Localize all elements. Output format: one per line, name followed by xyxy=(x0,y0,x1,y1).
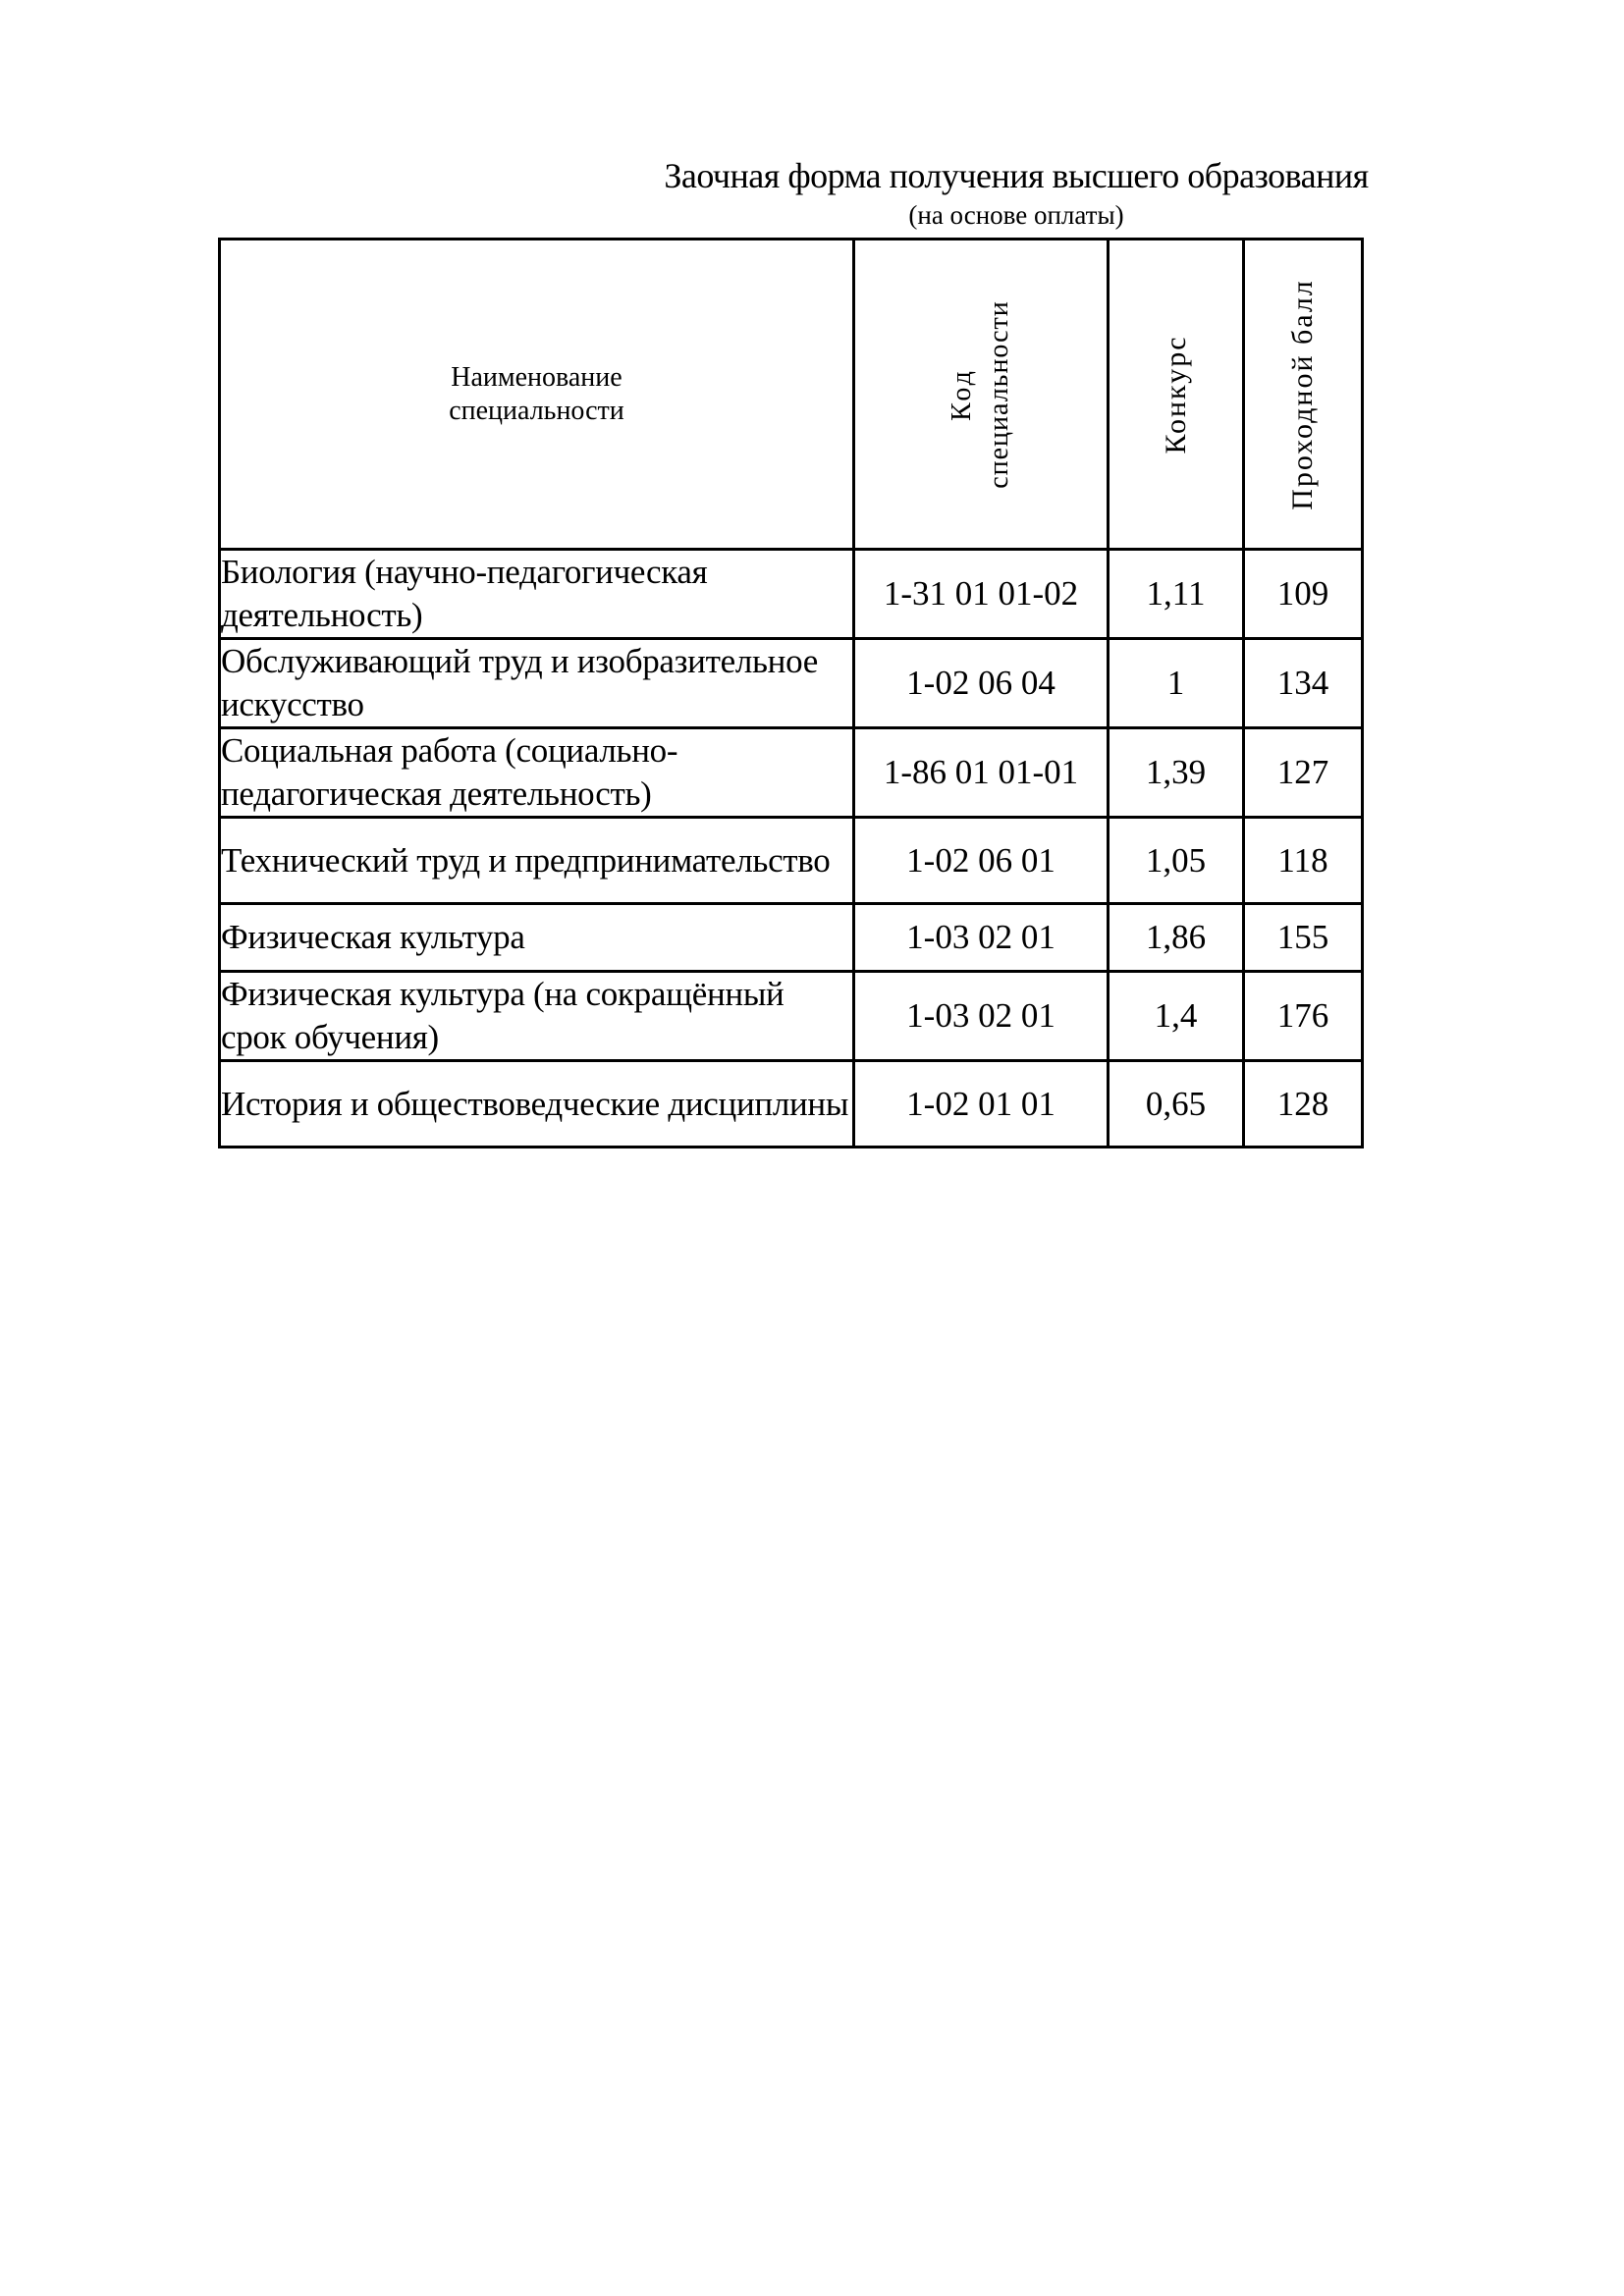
header-specialty-name: Наименование специальности xyxy=(220,240,854,550)
specialty-name: Обслуживающий труд и изобразительное иск… xyxy=(220,639,854,728)
header-passing-score: Проходной балл xyxy=(1244,240,1363,550)
header-specialty-code: Код специальности xyxy=(854,240,1109,550)
table-row: Физическая культура 1-03 02 01 1,86 155 xyxy=(220,904,1363,972)
table-header-row: Наименование специальности Код специальн… xyxy=(220,240,1363,550)
specialty-name: Биология (научно-педагогическая деятельн… xyxy=(220,550,854,639)
specialty-code: 1-02 06 04 xyxy=(854,639,1109,728)
passing-score-value: 109 xyxy=(1244,550,1363,639)
specialty-name: Физическая культура xyxy=(220,904,854,972)
table-row: Технический труд и предпринимательство 1… xyxy=(220,818,1363,904)
specialty-name: Технический труд и предпринимательство xyxy=(220,818,854,904)
competition-value: 1,39 xyxy=(1109,728,1244,818)
admission-table: Наименование специальности Код специальн… xyxy=(218,238,1364,1148)
header-competition: Конкурс xyxy=(1109,240,1244,550)
document-subtitle: (на основе оплаты) xyxy=(0,200,1624,231)
competition-value: 1,05 xyxy=(1109,818,1244,904)
specialty-code: 1-03 02 01 xyxy=(854,972,1109,1061)
passing-score-value: 118 xyxy=(1244,818,1363,904)
passing-score-value: 128 xyxy=(1244,1061,1363,1148)
document-title: Заочная форма получения высшего образова… xyxy=(0,155,1624,196)
passing-score-value: 155 xyxy=(1244,904,1363,972)
competition-value: 1,86 xyxy=(1109,904,1244,972)
passing-score-value: 134 xyxy=(1244,639,1363,728)
specialty-code: 1-31 01 01-02 xyxy=(854,550,1109,639)
specialty-code: 1-02 06 01 xyxy=(854,818,1109,904)
specialty-code: 1-02 01 01 xyxy=(854,1061,1109,1148)
table-row: Обслуживающий труд и изобразительное иск… xyxy=(220,639,1363,728)
specialty-code: 1-03 02 01 xyxy=(854,904,1109,972)
table-row: Физическая культура (на сокращённый срок… xyxy=(220,972,1363,1061)
competition-value: 1 xyxy=(1109,639,1244,728)
specialty-name: Физическая культура (на сокращённый срок… xyxy=(220,972,854,1061)
competition-value: 1,11 xyxy=(1109,550,1244,639)
specialty-name: История и обществоведческие дисциплины xyxy=(220,1061,854,1148)
passing-score-value: 127 xyxy=(1244,728,1363,818)
table-row: Биология (научно-педагогическая деятельн… xyxy=(220,550,1363,639)
specialty-name: Социальная работа (социально-педагогичес… xyxy=(220,728,854,818)
competition-value: 1,4 xyxy=(1109,972,1244,1061)
table-row: Социальная работа (социально-педагогичес… xyxy=(220,728,1363,818)
passing-score-value: 176 xyxy=(1244,972,1363,1061)
competition-value: 0,65 xyxy=(1109,1061,1244,1148)
specialty-code: 1-86 01 01-01 xyxy=(854,728,1109,818)
table-row: История и обществоведческие дисциплины 1… xyxy=(220,1061,1363,1148)
